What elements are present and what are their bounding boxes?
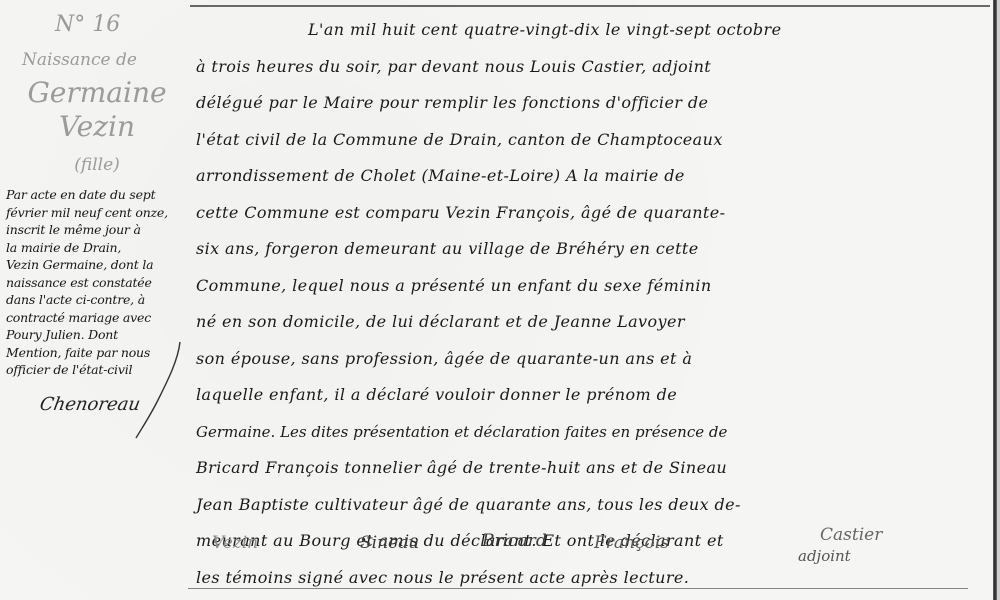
- act-line: laquelle enfant, il a déclaré vouloir do…: [196, 377, 986, 414]
- mention-line: naissance est constatée: [6, 274, 190, 292]
- child-surname: Vezin: [12, 113, 182, 141]
- birth-act-text: L'an mil huit cent quatre-vingt-dix le v…: [196, 12, 986, 596]
- act-line: à trois heures du soir, par devant nous …: [196, 49, 986, 86]
- signature-castier: Castier: [820, 525, 882, 545]
- signature-bricard: Bricard: [482, 531, 547, 551]
- act-line: né en son domicile, de lui déclarant et …: [196, 304, 986, 341]
- act-line: Germaine. Les dites présentation et décl…: [196, 414, 986, 451]
- mention-signature: Chenoreau: [38, 394, 142, 415]
- top-rule-line: [190, 5, 990, 7]
- act-line: six ans, forgeron demeurant au village d…: [196, 231, 986, 268]
- scanned-register-page: N° 16 Naissance de Germaine Vezin (fille…: [0, 0, 1000, 600]
- mention-line: Par acte en date du sept: [6, 186, 190, 204]
- mention-line: inscrit le même jour à: [6, 221, 190, 239]
- mention-line: la mairie de Drain,: [6, 239, 190, 257]
- signature-francois: François: [594, 533, 669, 553]
- signature-sineau: Sineau: [360, 533, 419, 553]
- child-sex: (fille): [12, 157, 182, 174]
- mention-line: Vezin Germaine, dont la: [6, 256, 190, 274]
- margin-column: N° 16 Naissance de Germaine Vezin (fille…: [0, 0, 190, 600]
- act-line: Jean Baptiste cultivateur âgé de quarant…: [196, 487, 986, 524]
- mention-line: dans l'acte ci-contre, à: [6, 291, 190, 309]
- act-line: l'état civil de la Commune de Drain, can…: [196, 122, 986, 159]
- signatures-row: Vezin Sineau Bricard François Castier ad…: [200, 527, 980, 587]
- act-line: cette Commune est comparu Vezin François…: [196, 195, 986, 232]
- margin-title-line: Naissance de: [12, 52, 182, 69]
- mention-line: février mil neuf cent onze,: [6, 204, 190, 222]
- act-line: son épouse, sans profession, âgée de qua…: [196, 341, 986, 378]
- signature-adjoint-title: adjoint: [798, 547, 851, 565]
- mention-line: contracté mariage avec: [6, 309, 190, 327]
- act-line: Bricard François tonnelier âgé de trente…: [196, 450, 986, 487]
- child-first-name: Germaine: [12, 79, 182, 107]
- margin-title: Naissance de Germaine Vezin (fille): [12, 52, 182, 174]
- signature-flourish-icon: [128, 340, 188, 440]
- entry-number: N° 16: [55, 12, 120, 37]
- act-line: L'an mil huit cent quatre-vingt-dix le v…: [196, 12, 986, 49]
- act-line: délégué par le Maire pour remplir les fo…: [196, 85, 986, 122]
- signature-vezin: Vezin: [212, 533, 258, 553]
- act-line: arrondissement de Cholet (Maine-et-Loire…: [196, 158, 986, 195]
- act-line: Commune, lequel nous a présenté un enfan…: [196, 268, 986, 305]
